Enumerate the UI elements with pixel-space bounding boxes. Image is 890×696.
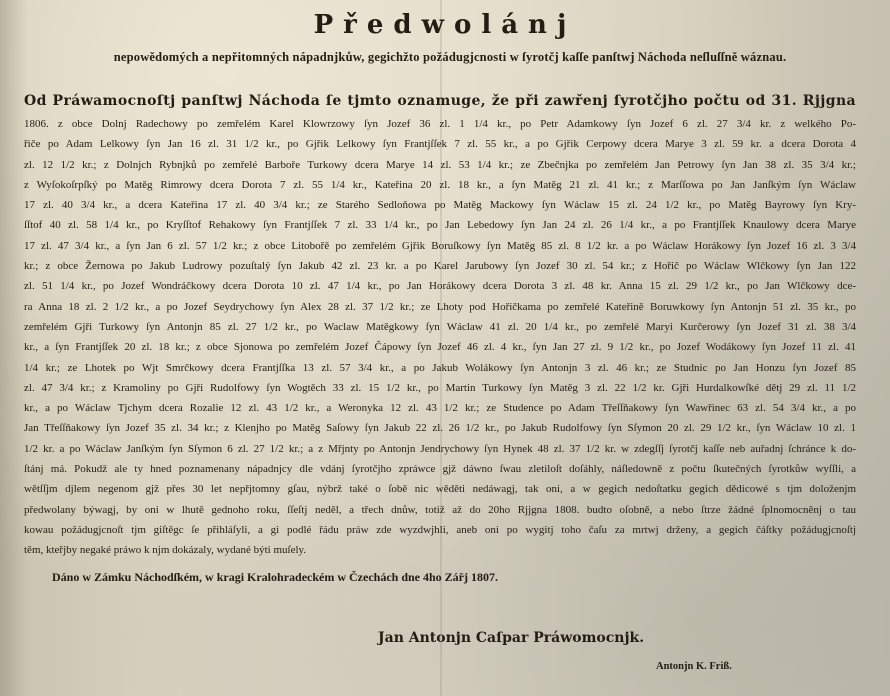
body-line: 17 zl. 40 3/4 kr., a dcera Kateřina 17 z… [24,195,856,215]
body-line: Jan Třeſſňakowy ſyn Jozef 35 zl. 34 kr.;… [24,418,856,438]
document-title: Předwolánj [0,10,890,40]
body-line: kr., a po Wáclaw Tjchym dcera Rozalie 12… [24,398,856,418]
date-place-line: Dáno w Zámku Náchodſkém, w kragi Kralohr… [52,570,498,585]
document-body: Od Práwamocnoſtj panſtwj Náchoda ſe tjmt… [24,88,856,561]
body-line: z Wyſokoſrpſký po Matěg Rimrowy dcera Do… [24,175,856,195]
body-line: 1/2 kr. a po Wáclaw Janſkým ſyn Sſymon 6… [24,439,856,459]
countersignature: Antonjn K. Friß. [656,661,732,672]
body-line: zemřelém Gjři Turkowy ſyn Antonjn 85 zl.… [24,317,856,337]
body-line: kowau požádugjcnoſt tjm giſtěgc ſe přihl… [24,520,856,540]
body-line: těm, kteřjby negaké práwo k njm dokázaly… [24,540,856,560]
body-line: wětſſjm djlem negenom gjž přes 30 let ne… [24,479,856,499]
body-line: 1/4 kr.; ze Lhotek po Wjt Smrčkowy dcera… [24,358,856,378]
body-line: ra Anna 18 zl. 2 1/2 kr., a po Jozef Sey… [24,297,856,317]
body-line: zl. 12 1/2 kr.; z Dolnjch Rybnjků po zem… [24,155,856,175]
body-line: Od Práwamocnoſtj panſtwj Náchoda ſe tjmt… [24,88,856,114]
body-line: řiče po Adam Lelkowy ſyn Jan 16 zl. 31 1… [24,134,856,154]
body-line: zl. 51 1/4 kr., po Jozef Wondráčkowy dce… [24,276,856,296]
body-line: zl. 47 3/4 kr.; z Kramoliny po Gjři Rudo… [24,378,856,398]
body-line: kr., a ſyn Frantjſſek 20 zl. 18 kr.; z o… [24,337,856,357]
body-line: kr.; z obce Žernowa po Jakub Ludrowy poz… [24,256,856,276]
body-line: ſſtof 40 zl. 58 1/4 kr., po Kryſſtof Reh… [24,215,856,235]
body-line: 17 zl. 47 3/4 kr., a ſyn Jan 6 zl. 57 1/… [24,236,856,256]
document-subtitle: nepowědomých a nepřitomných nápadnjkůw, … [40,50,860,65]
body-line: předwolany býwagj, by oni w lhutě gednoh… [24,500,856,520]
body-line: ſtánj má. Pokudž ale ty hned poznamenany… [24,459,856,479]
body-line: 1806. z obce Dolnj Radechowy po zemřelém… [24,114,856,134]
signature: Jan Antonjn Caſpar Práwomocnjk. [378,630,644,646]
document-page: Předwolánj nepowědomých a nepřitomných n… [0,0,890,696]
